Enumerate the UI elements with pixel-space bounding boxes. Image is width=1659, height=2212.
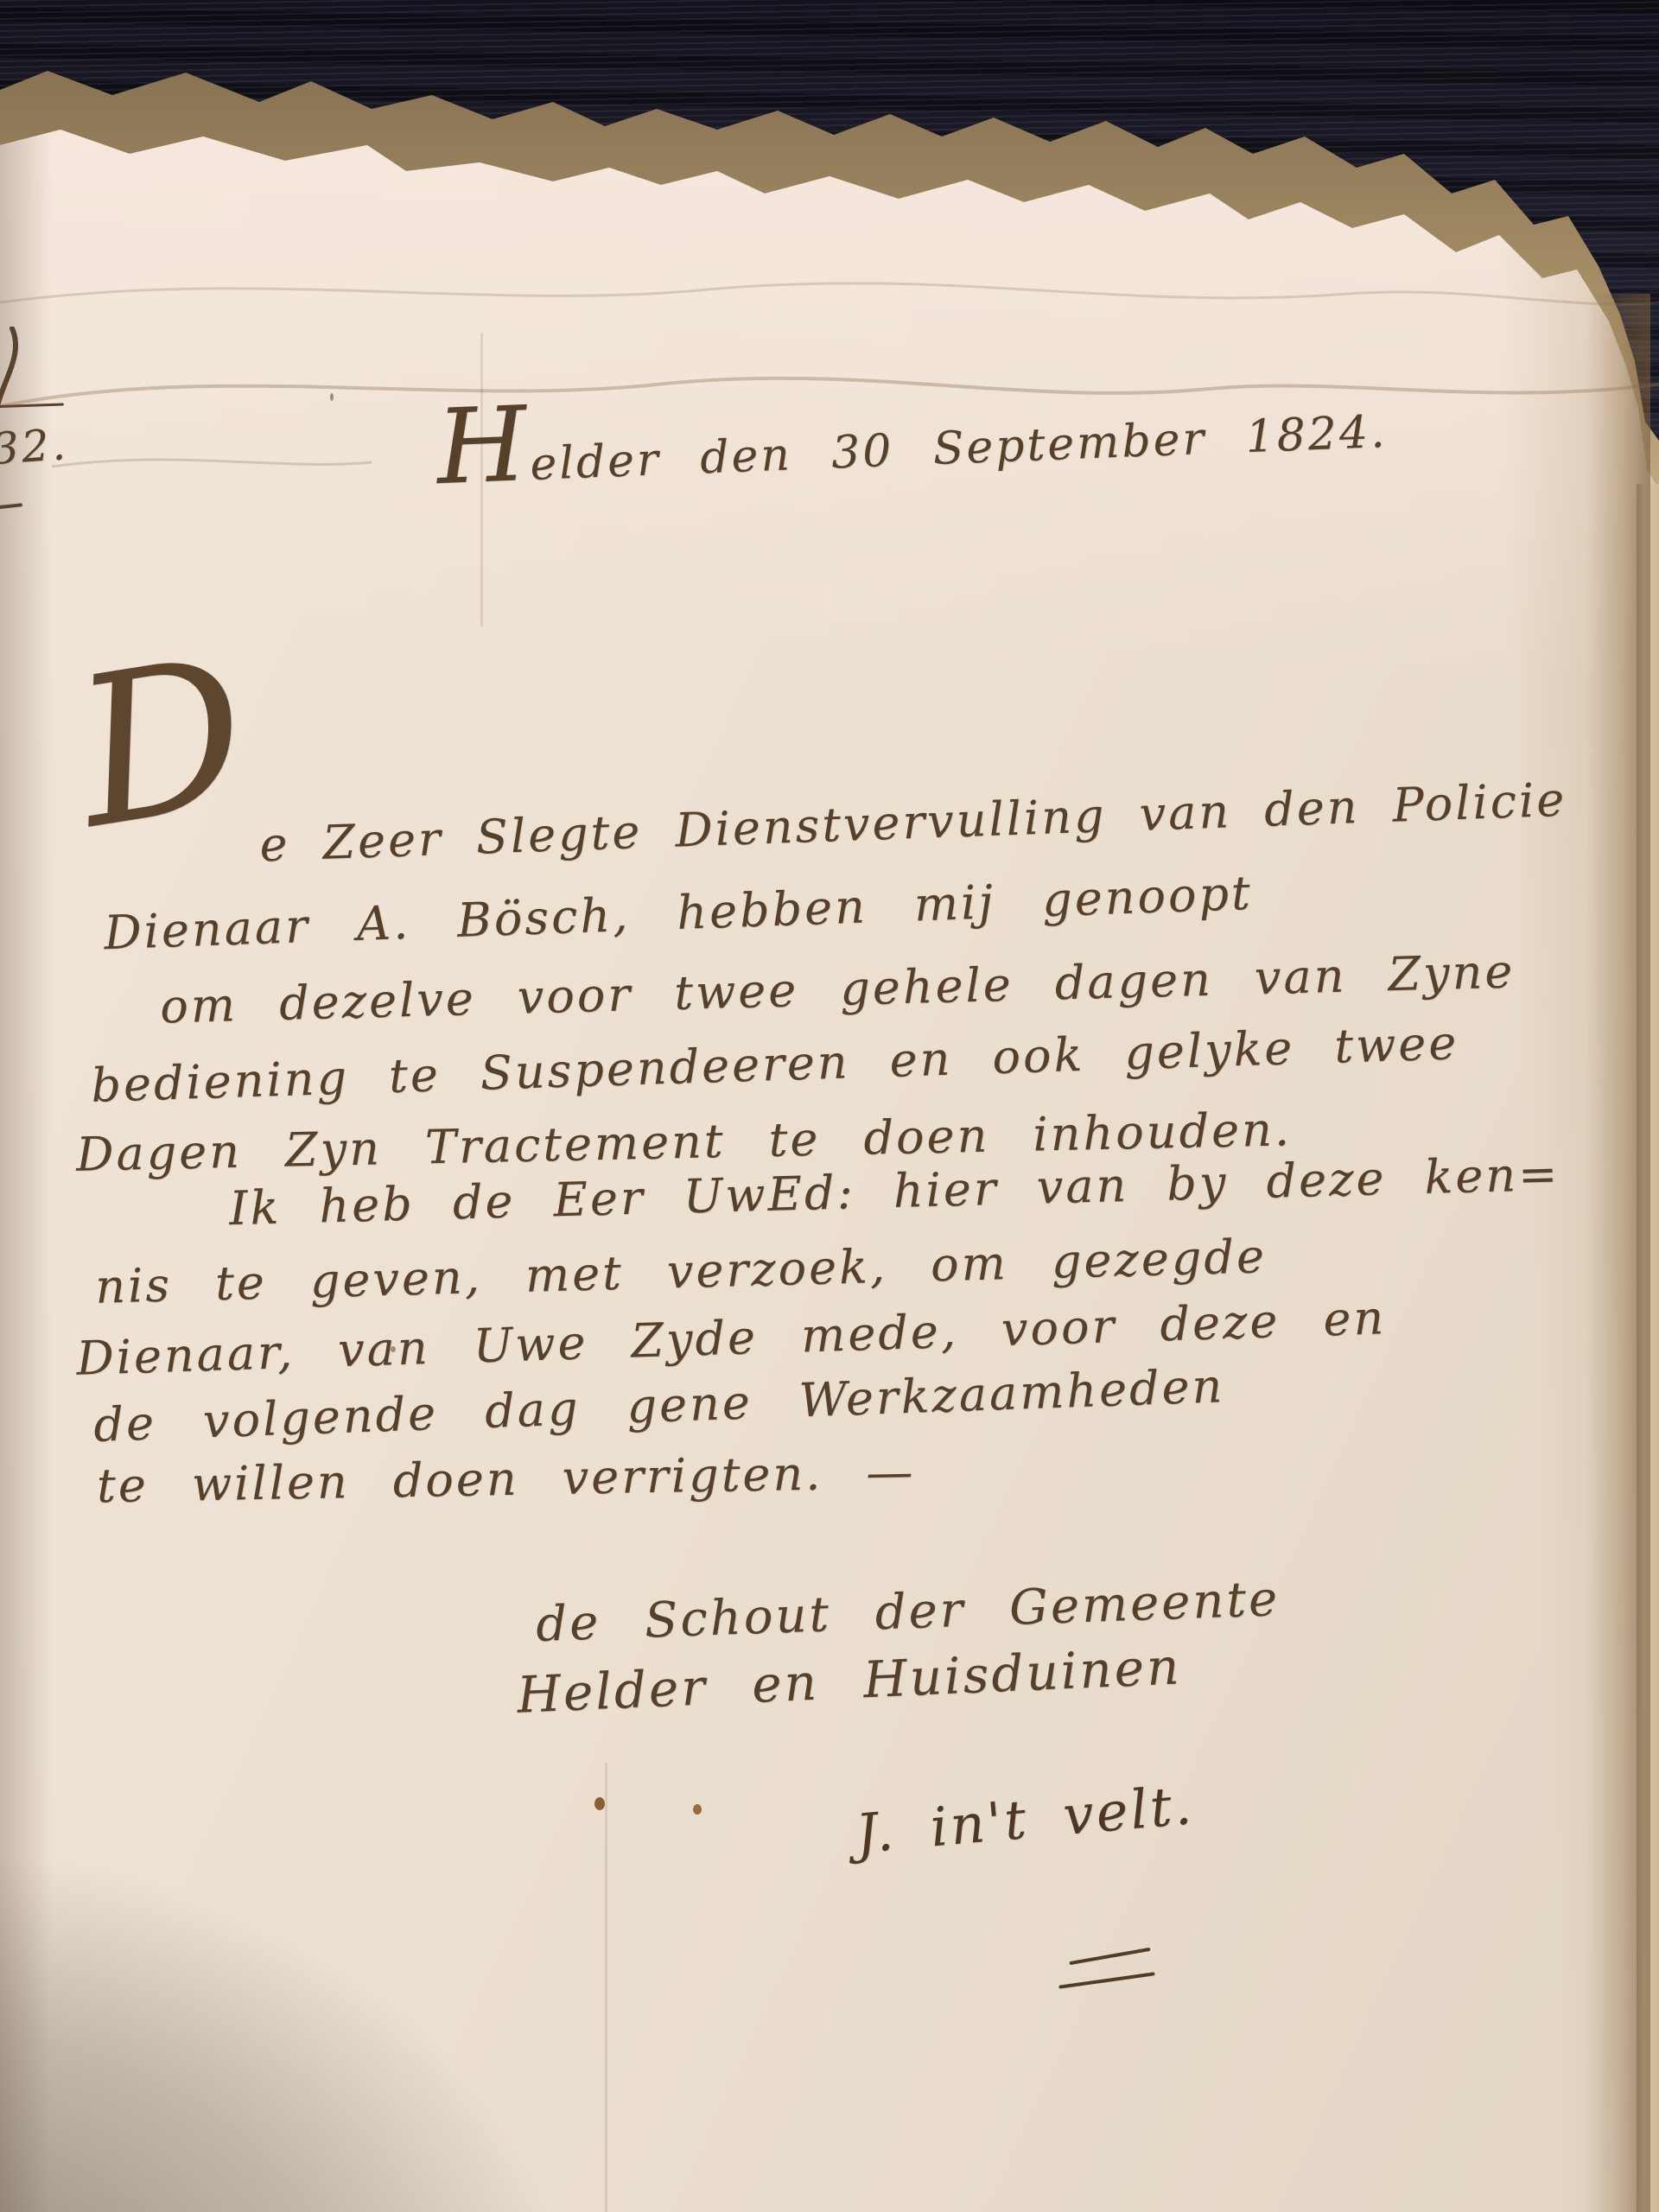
ornamental-initial: D (65, 629, 263, 858)
vertical-fold-line (605, 1763, 607, 2212)
paper-speck (330, 393, 334, 401)
margin-number: 32. (0, 423, 69, 471)
body-line: te willen doen verrigten. — (97, 1449, 916, 1510)
paper-speck (594, 1797, 605, 1810)
right-edge-stain (1586, 294, 1650, 2212)
paper-speck (391, 1346, 396, 1352)
paper-crease-lines (0, 0, 1659, 691)
document-photo: 32. Helder den 30 September 1824. D e Ze… (0, 0, 1659, 2212)
paper-speck (693, 1804, 702, 1815)
